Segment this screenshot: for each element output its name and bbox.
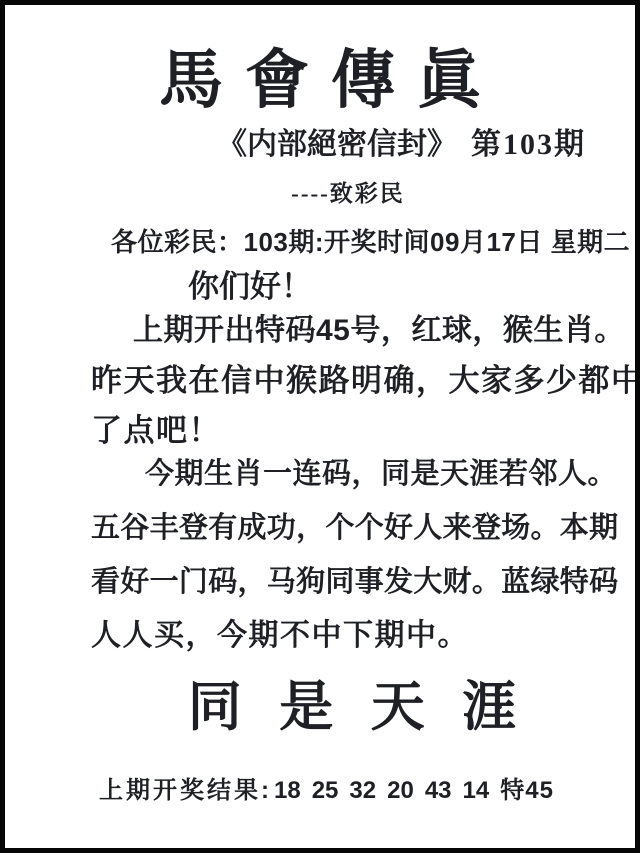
subtitle-line: 《内部絕密信封》第103期 [217,123,586,167]
paragraph-line: 看好一门码，马狗同事发大财。蓝绿特码 [91,555,618,609]
result-number: 18 [274,777,301,804]
result-number: 32 [349,777,376,804]
subtitle-envelope-label: 《内部絕密信封》 [217,128,457,161]
paragraph-line: 今期生肖一连码，同是天涯若邻人。 [91,447,618,501]
greeting-line-1: 各位彩民：103期:开奖时间09月17日 星期二 [111,222,630,259]
paragraph-line: 昨天我在信中猴路明确，大家多少都中 [91,356,640,406]
paragraph-line: 五谷丰登有成功，个个好人来登场。本期 [91,501,618,555]
result-number: 25 [312,777,339,804]
page-title: 馬會傳眞 [5,47,635,115]
fax-sheet: 馬會傳眞 《内部絕密信封》第103期 ----致彩民 各位彩民：103期:开奖时… [0,0,640,853]
slogan-text: 同 是 天 涯 [43,677,640,737]
paragraph-line: 上期开出特码45号，红球，猴生肖。 [91,306,640,356]
paragraph-line: 人人买，今期不中下期中。 [91,609,618,663]
result-number: 43 [425,777,452,804]
results-label: 上期开奖结果: [99,777,272,804]
paragraph-current-tip: 今期生肖一连码，同是天涯若邻人。 五谷丰登有成功，个个好人来登场。本期 看好一门… [91,447,618,663]
result-number: 20 [387,777,414,804]
result-number: 14 [463,777,490,804]
paragraph-last-draw: 上期开出特码45号，红球，猴生肖。 昨天我在信中猴路明确，大家多少都中 了点吧！ [91,306,640,456]
previous-results-line: 上期开奖结果:182532204314特45 [99,775,554,807]
greeting-line-2: 你们好！ [188,261,312,306]
special-number: 特45 [500,777,554,804]
issue-number: 第103期 [471,128,586,161]
dedication-line: ----致彩民 [33,175,640,208]
